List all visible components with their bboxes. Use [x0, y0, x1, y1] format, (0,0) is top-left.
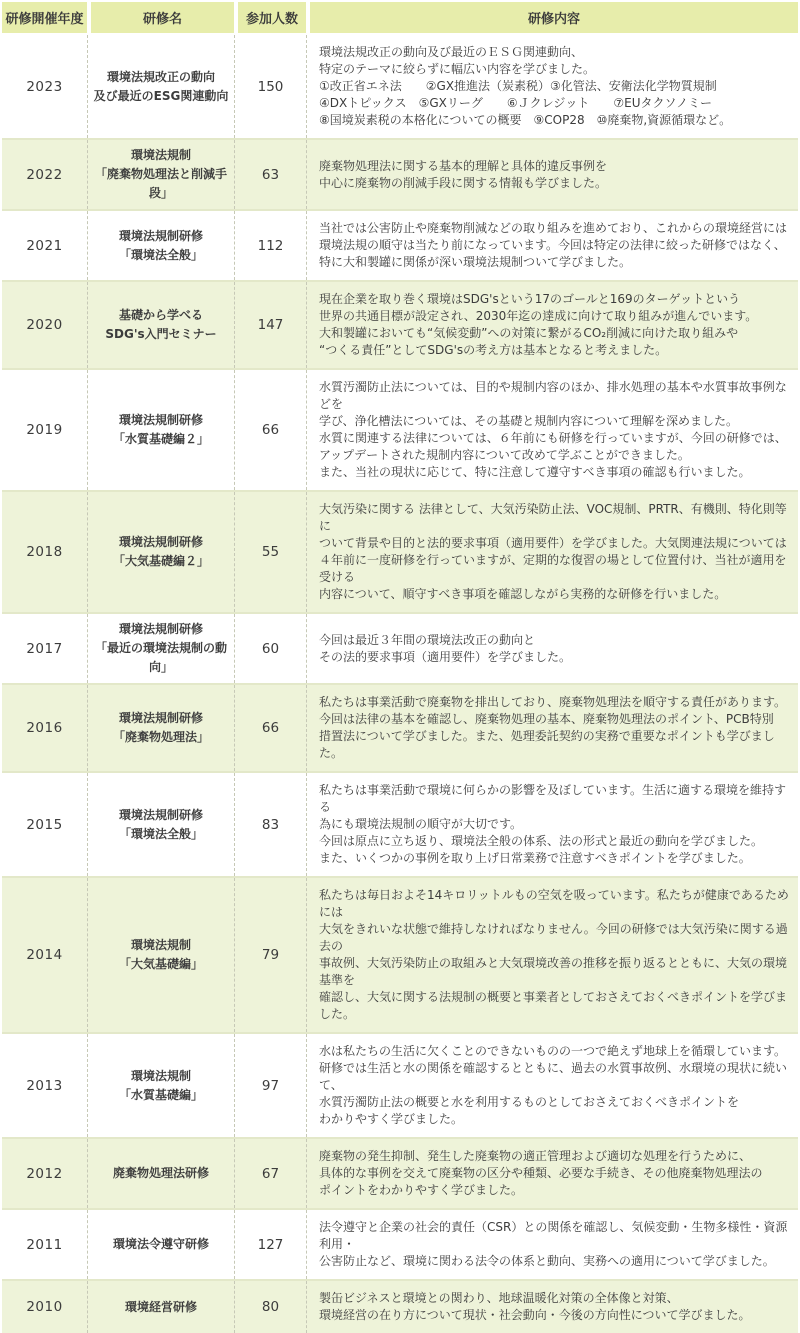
training-content-line: 事故例、大気汚染防止の取組みと大気環境改善の推移を振り返るとともに、大気の環境基… [319, 955, 790, 989]
training-content-line: 水質に関連する法律については、６年前にも研修を行っていますが、今回の研修では、 [319, 430, 790, 447]
training-name-cell: 環境法規制研修「環境法全般」 [87, 211, 234, 280]
training-content-line: 水質汚濁防止法の概要と水を利用するものとしておさえておくべきポイントを [319, 1094, 790, 1111]
training-content-line: 大気汚染に関する 法律として、大気汚染防止法、VOC規制、PRTR、有機則、特化… [319, 501, 790, 535]
training-content-line: ４年前に一度研修を行っていますが、定期的な復習の場として位置付け、当社が適用を受… [319, 552, 790, 586]
training-name-line: 「水質基礎編２」 [113, 430, 209, 449]
training-content-line: ①改正省エネ法 ②GX推進法（炭素税）③化管法、安衛法化学物質規制 [319, 78, 790, 95]
training-name-cell: 環境法規制研修「水質基礎編２」 [87, 370, 234, 490]
participants-cell: 63 [234, 140, 306, 209]
training-name-line: 環境法規制 [131, 936, 191, 955]
training-name-cell: 環境法規制研修「廃棄物処理法」 [87, 685, 234, 771]
training-name-cell: 環境法規改正の動向及び最近のESG関連動向 [87, 35, 234, 138]
training-content-cell: 環境法規改正の動向及び最近のＥＳＧ関連動向、特定のテーマに絞らずに幅広い内容を学… [306, 35, 798, 138]
training-content-line: 水質汚濁防止法については、目的や規制内容のほか、排水処理の基本や水質事故事例など… [319, 379, 790, 413]
training-content-line: 廃棄物の発生抑制、発生した廃棄物の適正管理および適切な処理を行うために、 [319, 1148, 790, 1165]
training-content-line: 学び、浄化槽法については、その基礎と規制内容について理解を深めました。 [319, 413, 790, 430]
training-content-line: アップデートされた規制内容について改めて学ぶことができました。 [319, 447, 790, 464]
header-participants: 参加人数 [234, 2, 306, 33]
year-cell: 2020 [2, 282, 87, 368]
training-content-line: 環境経営の在り方について現状・社会動向・今後の方向性について学びました。 [319, 1307, 790, 1324]
training-content-line: その法的要求事項（適用要件）を学びました。 [319, 649, 790, 666]
training-name-line: 「水質基礎編」 [119, 1086, 203, 1105]
year-cell: 2012 [2, 1139, 87, 1208]
participants-cell: 150 [234, 35, 306, 138]
training-name-cell: 環境法令遵守研修 [87, 1210, 234, 1279]
training-name-cell: 基礎から学べるSDG's入門セミナー [87, 282, 234, 368]
training-content-cell: 廃棄物の発生抑制、発生した廃棄物の適正管理および適切な処理を行うために、具体的な… [306, 1139, 798, 1208]
training-name-cell: 環境経営研修 [87, 1281, 234, 1333]
training-content-line: 特定のテーマに絞らずに幅広い内容を学びました。 [319, 61, 790, 78]
training-content-line: 環境法規の順守は当たり前になっています。今回は特定の法律に絞った研修ではなく、 [319, 237, 790, 254]
training-content-line: 法令遵守と企業の社会的責任（CSR）との関係を確認し、気候変動・生物多様性・資源… [319, 1219, 790, 1253]
table-row-2019: 2019環境法規制研修「水質基礎編２」66水質汚濁防止法については、目的や規制内… [2, 368, 798, 490]
training-name-cell: 環境法規制研修「大気基礎編２」 [87, 492, 234, 612]
participants-cell: 79 [234, 878, 306, 1032]
participants-cell: 60 [234, 614, 306, 683]
training-content-line: 廃棄物処理法に関する基本的理解と具体的違反事例を [319, 158, 790, 175]
training-content-cell: 私たちは毎日およそ14キロリットルもの空気を吸っています。私たちが健康であるため… [306, 878, 798, 1032]
training-history-table: 研修開催年度 研修名 参加人数 研修内容 2023環境法規改正の動向及び最近のE… [0, 0, 800, 1333]
training-name-line: 「大気基礎編」 [119, 955, 203, 974]
participants-cell: 55 [234, 492, 306, 612]
table-row-2015: 2015環境法規制研修「環境法全般」83私たちは事業活動で環境に何らかの影響を及… [2, 771, 798, 876]
training-content-line: 内容について、順守すべき事項を確認しながら実務的な研修を行いました。 [319, 586, 790, 603]
year-cell: 2021 [2, 211, 87, 280]
training-name-cell: 環境法規制「大気基礎編」 [87, 878, 234, 1032]
training-content-line: 公害防止など、環境に関わる法令の体系と動向、実務への適用について学びました。 [319, 1253, 790, 1270]
training-content-line: 今回は最近３年間の環境法改正の動向と [319, 632, 790, 649]
table-row-2010: 2010環境経営研修80製缶ビジネスと環境との関わり、地球温暖化対策の全体像と対… [2, 1279, 798, 1333]
participants-cell: 112 [234, 211, 306, 280]
training-content-line: 製缶ビジネスと環境との関わり、地球温暖化対策の全体像と対策、 [319, 1290, 790, 1307]
year-cell: 2014 [2, 878, 87, 1032]
training-name-line: SDG's入門セミナー [105, 325, 216, 344]
training-content-cell: 今回は最近３年間の環境法改正の動向とその法的要求事項（適用要件）を学びました。 [306, 614, 798, 683]
training-content-line: 措置法について学びました。また、処理委託契約の実務で重要なポイントも学びました。 [319, 728, 790, 762]
training-content-line: また、いくつかの事例を取り上げ日常業務で注意すべきポイントを学びました。 [319, 850, 790, 867]
participants-cell: 66 [234, 685, 306, 771]
year-cell: 2015 [2, 773, 87, 876]
table-row-2020: 2020基礎から学べるSDG's入門セミナー147現在企業を取り巻く環境はSDG… [2, 280, 798, 368]
header-year: 研修開催年度 [2, 2, 87, 33]
training-name-line: 環境法規制 [131, 1067, 191, 1086]
training-content-line: 環境法規改正の動向及び最近のＥＳＧ関連動向、 [319, 44, 790, 61]
training-content-line: 中心に廃棄物の削減手段に関する情報も学びました。 [319, 175, 790, 192]
training-content-line: 今回は原点に立ち返り、環境法全般の体系、法の形式と最近の動向を学びました。 [319, 833, 790, 850]
table-row-2023: 2023環境法規改正の動向及び最近のESG関連動向150環境法規改正の動向及び最… [2, 33, 798, 138]
table-row-2011: 2011環境法令遵守研修127法令遵守と企業の社会的責任（CSR）との関係を確認… [2, 1208, 798, 1279]
training-content-line: 当社では公害防止や廃棄物削減などの取り組みを進めており、これからの環境経営には [319, 220, 790, 237]
year-cell: 2018 [2, 492, 87, 612]
training-content-cell: 水は私たちの生活に欠くことのできないものの一つで絶えず地球上を循環しています。研… [306, 1034, 798, 1137]
training-name-cell: 環境法規制研修「最近の環境法規制の動向」 [87, 614, 234, 683]
training-name-line: 環境法規制研修 [119, 806, 203, 825]
participants-cell: 127 [234, 1210, 306, 1279]
year-cell: 2019 [2, 370, 87, 490]
training-name-line: 「大気基礎編２」 [113, 552, 209, 571]
table-row-2018: 2018環境法規制研修「大気基礎編２」55大気汚染に関する 法律として、大気汚染… [2, 490, 798, 612]
participants-cell: 147 [234, 282, 306, 368]
training-content-line: “つくる責任”としてSDG'sの考え方は基本となると考えました。 [319, 342, 790, 359]
training-name-line: 「環境法全般」 [119, 825, 203, 844]
training-name-line: 基礎から学べる [119, 306, 203, 325]
training-content-line: 今回は法律の基本を確認し、廃棄物処理の基本、廃棄物処理法のポイント、PCB特別 [319, 711, 790, 728]
year-cell: 2017 [2, 614, 87, 683]
table-row-2017: 2017環境法規制研修「最近の環境法規制の動向」60今回は最近３年間の環境法改正… [2, 612, 798, 683]
training-content-line: 現在企業を取り巻く環境はSDG'sという17のゴールと169のターゲットという [319, 291, 790, 308]
training-name-line: 環境法規制研修 [119, 411, 203, 430]
training-content-line: 大和製罐においても“気候変動”への対策に繋がるCO₂削減に向けた取り組みや [319, 325, 790, 342]
training-name-cell: 廃棄物処理法研修 [87, 1139, 234, 1208]
training-content-line: ポイントをわかりやすく学びました。 [319, 1182, 790, 1199]
table-row-2016: 2016環境法規制研修「廃棄物処理法」66私たちは事業活動で廃棄物を排出しており… [2, 683, 798, 771]
header-content: 研修内容 [306, 2, 798, 33]
training-content-line: 世界の共通目標が設定され、2030年迄の達成に向けて取り組みが進んでいます。 [319, 308, 790, 325]
participants-cell: 80 [234, 1281, 306, 1333]
training-content-line: また、当社の現状に応じて、特に注意して遵守すべき事項の確認も行いました。 [319, 464, 790, 481]
training-content-line: 研修では生活と水の関係を確認するとともに、過去の水質事故例、水環境の現状に続いて… [319, 1060, 790, 1094]
year-cell: 2022 [2, 140, 87, 209]
training-name-line: 「環境法全般」 [119, 246, 203, 265]
training-content-line: 私たちは事業活動で環境に何らかの影響を及ぼしています。生活に適する環境を維持する [319, 782, 790, 816]
training-content-cell: 現在企業を取り巻く環境はSDG'sという17のゴールと169のターゲットという世… [306, 282, 798, 368]
training-content-cell: 私たちは事業活動で廃棄物を排出しており、廃棄物処理法を順守する責任があります。今… [306, 685, 798, 771]
training-name-line: 環境法令遵守研修 [113, 1235, 209, 1254]
training-content-line: ついて背景や目的と法的要求事項（適用要件）を学びました。大気関連法規については [319, 535, 790, 552]
training-content-cell: 製缶ビジネスと環境との関わり、地球温暖化対策の全体像と対策、環境経営の在り方につ… [306, 1281, 798, 1333]
table-row-2012: 2012廃棄物処理法研修67廃棄物の発生抑制、発生した廃棄物の適正管理および適切… [2, 1137, 798, 1208]
training-name-line: 環境法規制研修 [119, 533, 203, 552]
training-name-line: 及び最近のESG関連動向 [94, 87, 229, 106]
training-content-line: 私たちは毎日およそ14キロリットルもの空気を吸っています。私たちが健康であるため… [319, 887, 790, 921]
participants-cell: 66 [234, 370, 306, 490]
training-name-line: 環境法規制研修 [119, 620, 203, 639]
training-name-line: 環境法規制研修 [119, 227, 203, 246]
training-name-line: 環境法規制研修 [119, 709, 203, 728]
table-row-2013: 2013環境法規制「水質基礎編」97水は私たちの生活に欠くことのできないものの一… [2, 1032, 798, 1137]
training-content-cell: 大気汚染に関する 法律として、大気汚染防止法、VOC規制、PRTR、有機則、特化… [306, 492, 798, 612]
training-content-line: 具体的な事例を交えて廃棄物の区分や種類、必要な手続き、その他廃棄物処理法の [319, 1165, 790, 1182]
training-name-line: 環境法規制 [131, 146, 191, 165]
table-row-2022: 2022環境法規制「廃棄物処理法と削減手段」63廃棄物処理法に関する基本的理解と… [2, 138, 798, 209]
training-content-line: 私たちは事業活動で廃棄物を排出しており、廃棄物処理法を順守する責任があります。 [319, 694, 790, 711]
training-content-line: 為にも環境法規制の順守が大切です。 [319, 816, 790, 833]
year-cell: 2013 [2, 1034, 87, 1137]
training-name-line: 「最近の環境法規制の動向」 [90, 639, 232, 677]
training-content-cell: 水質汚濁防止法については、目的や規制内容のほか、排水処理の基本や水質事故事例など… [306, 370, 798, 490]
year-cell: 2023 [2, 35, 87, 138]
year-cell: 2010 [2, 1281, 87, 1333]
table-row-2014: 2014環境法規制「大気基礎編」79私たちは毎日およそ14キロリットルもの空気を… [2, 876, 798, 1032]
participants-cell: 83 [234, 773, 306, 876]
training-name-cell: 環境法規制「廃棄物処理法と削減手段」 [87, 140, 234, 209]
table-header-row: 研修開催年度 研修名 参加人数 研修内容 [2, 2, 798, 33]
training-content-cell: 私たちは事業活動で環境に何らかの影響を及ぼしています。生活に適する環境を維持する… [306, 773, 798, 876]
training-content-line: 大気をきれいな状態で維持しなければなりません。今回の研修では大気汚染に関する過去… [319, 921, 790, 955]
training-content-line: 確認し、大気に関する法規制の概要と事業者としておさえておくべきポイントを学びまし… [319, 989, 790, 1023]
training-content-cell: 法令遵守と企業の社会的責任（CSR）との関係を確認し、気候変動・生物多様性・資源… [306, 1210, 798, 1279]
participants-cell: 67 [234, 1139, 306, 1208]
training-name-line: 環境法規改正の動向 [107, 68, 215, 87]
training-content-line: わかりやすく学びました。 [319, 1111, 790, 1128]
training-content-line: 水は私たちの生活に欠くことのできないものの一つで絶えず地球上を循環しています。 [319, 1043, 790, 1060]
training-content-line: ⑧国境炭素税の本格化についての概要 ⑨COP28 ⑩廃棄物,資源循環など。 [319, 112, 790, 129]
training-content-line: ④DXトピックス ⑤GXリーグ ⑥Ｊクレジット ⑦EUタクソノミー [319, 95, 790, 112]
training-name-line: 環境経営研修 [125, 1298, 197, 1317]
participants-cell: 97 [234, 1034, 306, 1137]
training-content-cell: 廃棄物処理法に関する基本的理解と具体的違反事例を中心に廃棄物の削減手段に関する情… [306, 140, 798, 209]
table-row-2021: 2021環境法規制研修「環境法全般」112当社では公害防止や廃棄物削減などの取り… [2, 209, 798, 280]
training-content-line: 特に大和製罐に関係が深い環境法規制ついて学びました。 [319, 254, 790, 271]
training-name-line: 「廃棄物処理法」 [113, 728, 209, 747]
table-body: 2023環境法規改正の動向及び最近のESG関連動向150環境法規改正の動向及び最… [2, 33, 798, 1333]
header-training-name: 研修名 [87, 2, 234, 33]
training-name-cell: 環境法規制研修「環境法全般」 [87, 773, 234, 876]
year-cell: 2011 [2, 1210, 87, 1279]
training-name-line: 「廃棄物処理法と削減手段」 [90, 165, 232, 203]
year-cell: 2016 [2, 685, 87, 771]
training-name-line: 廃棄物処理法研修 [113, 1164, 209, 1183]
training-content-cell: 当社では公害防止や廃棄物削減などの取り組みを進めており、これからの環境経営には環… [306, 211, 798, 280]
training-name-cell: 環境法規制「水質基礎編」 [87, 1034, 234, 1137]
